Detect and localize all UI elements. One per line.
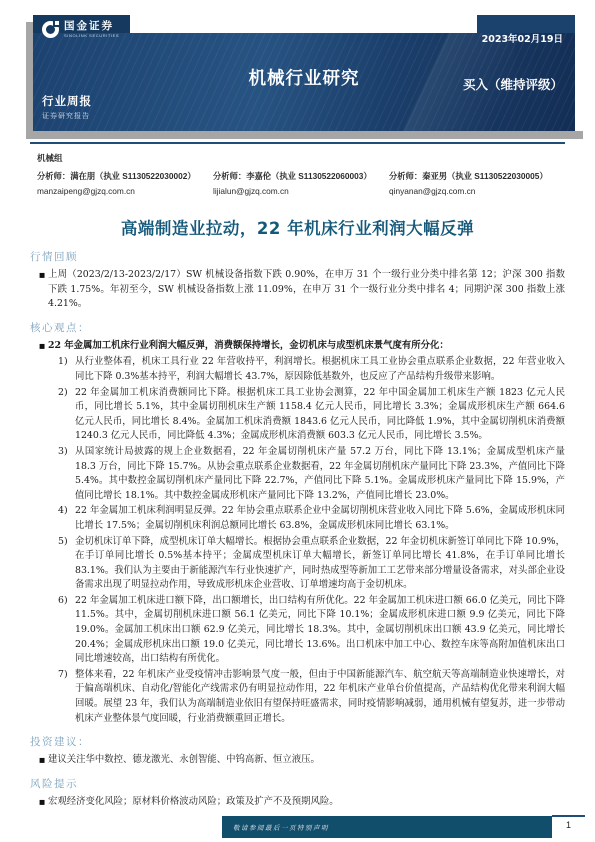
section-heading-market-review: 行情回顾: [30, 249, 565, 264]
core-views-lead-text: 22 年金属加工机床行业利润大幅反弹，消费额保持增长，金切机床与成型机床景气度有…: [48, 339, 565, 354]
core-views-lead-bullet: ■ 22 年金属加工机床行业利润大幅反弹，消费额保持增长，金切机床与成型机床景气…: [30, 339, 565, 354]
analyst-name: 分析师：秦亚男（执业 S1130522030005）: [389, 169, 565, 184]
core-views-list: 1) 从行业整体看，机床工具行业 22 年营收持平，利润增长。根据机床工具工业协…: [58, 355, 565, 726]
risk-bullet: ■ 宏观经济变化风险；原材料价格波动风险；政策及扩产不及预期风险。: [30, 795, 565, 810]
item-text: 22 年金属加工机床消费额同比下降。根据机床工具工业协会测算，22 年中国金属加…: [75, 386, 565, 444]
item-number: 3): [58, 445, 75, 503]
square-bullet-icon: ■: [30, 268, 48, 312]
brand-name-cn: 国金证券: [64, 21, 119, 32]
item-text: 22 年金属加工机床进口额下降，出口额增长，出口结构有所优化。22 年金属加工机…: [75, 594, 565, 667]
sinolink-logo-icon: [42, 21, 59, 38]
brand-block: 国金证券 SINOLINK SECURITIES: [42, 21, 119, 38]
report-series: 行业周报: [42, 93, 92, 109]
analyst-name: 分析师：李嘉伦（执业 S1130522060003）: [213, 169, 389, 184]
investment-text: 建议关注华中数控、德龙激光、永创智能、中钨高新、恒立液压。: [48, 753, 565, 768]
report-page: 国金证券 SINOLINK SECURITIES 2023年02月19日 机械行…: [0, 0, 595, 842]
list-item: 2) 22 年金属加工机床消费额同比下降。根据机床工具工业协会测算，22 年中国…: [58, 386, 565, 444]
brand-name-en: SINOLINK SECURITIES: [64, 34, 119, 38]
banner-shadow-bottom: [26, 131, 583, 139]
list-item: 4) 22 年金属加工机床利润明显反弹。22 年协会重点联系企业中金属切削机床营…: [58, 504, 565, 533]
list-item: 6) 22 年金属加工机床进口额下降，出口额增长，出口结构有所优化。22 年金属…: [58, 594, 565, 667]
team-group-label: 机械组: [37, 152, 565, 164]
item-number: 2): [58, 386, 75, 444]
section-heading-core-views: 核心观点：: [30, 320, 565, 335]
analyst-card: 分析师：秦亚男（执业 S1130522030005） qinyanan@gjzq…: [389, 169, 565, 199]
report-type-title: 机械行业研究: [164, 65, 444, 90]
item-text: 22 年金属加工机床利润明显反弹。22 年协会重点联系企业中金属切削机床营业收入…: [75, 504, 565, 533]
list-item: 7) 整体来看，22 年机床产业受疫情冲击影响景气度一般，但由于中国新能源汽车、…: [58, 668, 565, 726]
item-number: 1): [58, 355, 75, 384]
item-text: 整体来看，22 年机床产业受疫情冲击影响景气度一般，但由于中国新能源汽车、航空航…: [75, 668, 565, 726]
item-text: 金切机床订单下降，成型机床订单大幅增长。根据协会重点联系企业数据，22 年金切机…: [75, 535, 565, 593]
item-text: 从行业整体看，机床工具行业 22 年营收持平，利润增长。根据机床工具工业协会重点…: [75, 355, 565, 384]
list-item: 3) 从国家统计局披露的规上企业数据看，22 年金属切削机床产量 57.2 万台…: [58, 445, 565, 503]
footer-note: 敬请参阅最后一页特别声明: [233, 823, 329, 832]
section-heading-risk: 风险提示: [30, 776, 565, 791]
square-bullet-icon: ■: [30, 339, 48, 354]
list-item: 5) 金切机床订单下降，成型机床订单大幅增长。根据协会重点联系企业数据，22 年…: [58, 535, 565, 593]
item-number: 7): [58, 668, 75, 726]
header-divider: [30, 142, 565, 144]
analyst-block: 机械组 分析师：满在朋（执业 S1130522030002） manzaipen…: [30, 152, 565, 199]
page-content: 机械组 分析师：满在朋（执业 S1130522030002） manzaipen…: [30, 152, 565, 811]
analyst-name: 分析师：满在朋（执业 S1130522030002）: [37, 169, 213, 184]
square-bullet-icon: ■: [30, 795, 48, 810]
report-date: 2023年02月19日: [482, 31, 563, 45]
analyst-card: 分析师：李嘉伦（执业 S1130522060003） lijialun@gjzq…: [213, 169, 389, 199]
item-number: 6): [58, 594, 75, 667]
item-number: 4): [58, 504, 75, 533]
analyst-email: lijialun@gjzq.com.cn: [213, 184, 389, 199]
banner-shadow-left: [26, 22, 33, 139]
analyst-card: 分析师：满在朋（执业 S1130522030002） manzaipeng@gj…: [37, 169, 213, 199]
market-review-bullet: ■ 上周（2023/2/13-2023/2/17）SW 机械设备指数下跌 0.9…: [30, 268, 565, 312]
header-banner: 国金证券 SINOLINK SECURITIES 2023年02月19日 机械行…: [33, 15, 575, 131]
risk-text: 宏观经济变化风险；原材料价格波动风险；政策及扩产不及预期风险。: [48, 795, 565, 810]
footer-disclaimer-bar: 敬请参阅最后一页特别声明: [222, 816, 552, 838]
page-number-rule: [552, 815, 585, 817]
market-review-text: 上周（2023/2/13-2023/2/17）SW 机械设备指数下跌 0.90%…: [48, 268, 565, 312]
investment-bullet: ■ 建议关注华中数控、德龙激光、永创智能、中钨高新、恒立液压。: [30, 753, 565, 768]
list-item: 1) 从行业整体看，机床工具行业 22 年营收持平，利润增长。根据机床工具工业协…: [58, 355, 565, 384]
analyst-row: 分析师：满在朋（执业 S1130522030002） manzaipeng@gj…: [37, 169, 565, 199]
rating-badge: 买入（维持评级）: [463, 75, 563, 93]
report-category: 证券研究报告: [42, 111, 90, 121]
analyst-email: qinyanan@gjzq.com.cn: [389, 184, 565, 199]
page-number: 1: [552, 820, 585, 830]
item-number: 5): [58, 535, 75, 593]
section-heading-investment: 投资建议：: [30, 734, 565, 749]
page-title: 高端制造业拉动，22 年机床行业利润大幅反弹: [30, 215, 565, 239]
item-text: 从国家统计局披露的规上企业数据看，22 年金属切削机床产量 57.2 万台，同比…: [75, 445, 565, 503]
analyst-email: manzaipeng@gjzq.com.cn: [37, 184, 213, 199]
square-bullet-icon: ■: [30, 753, 48, 768]
